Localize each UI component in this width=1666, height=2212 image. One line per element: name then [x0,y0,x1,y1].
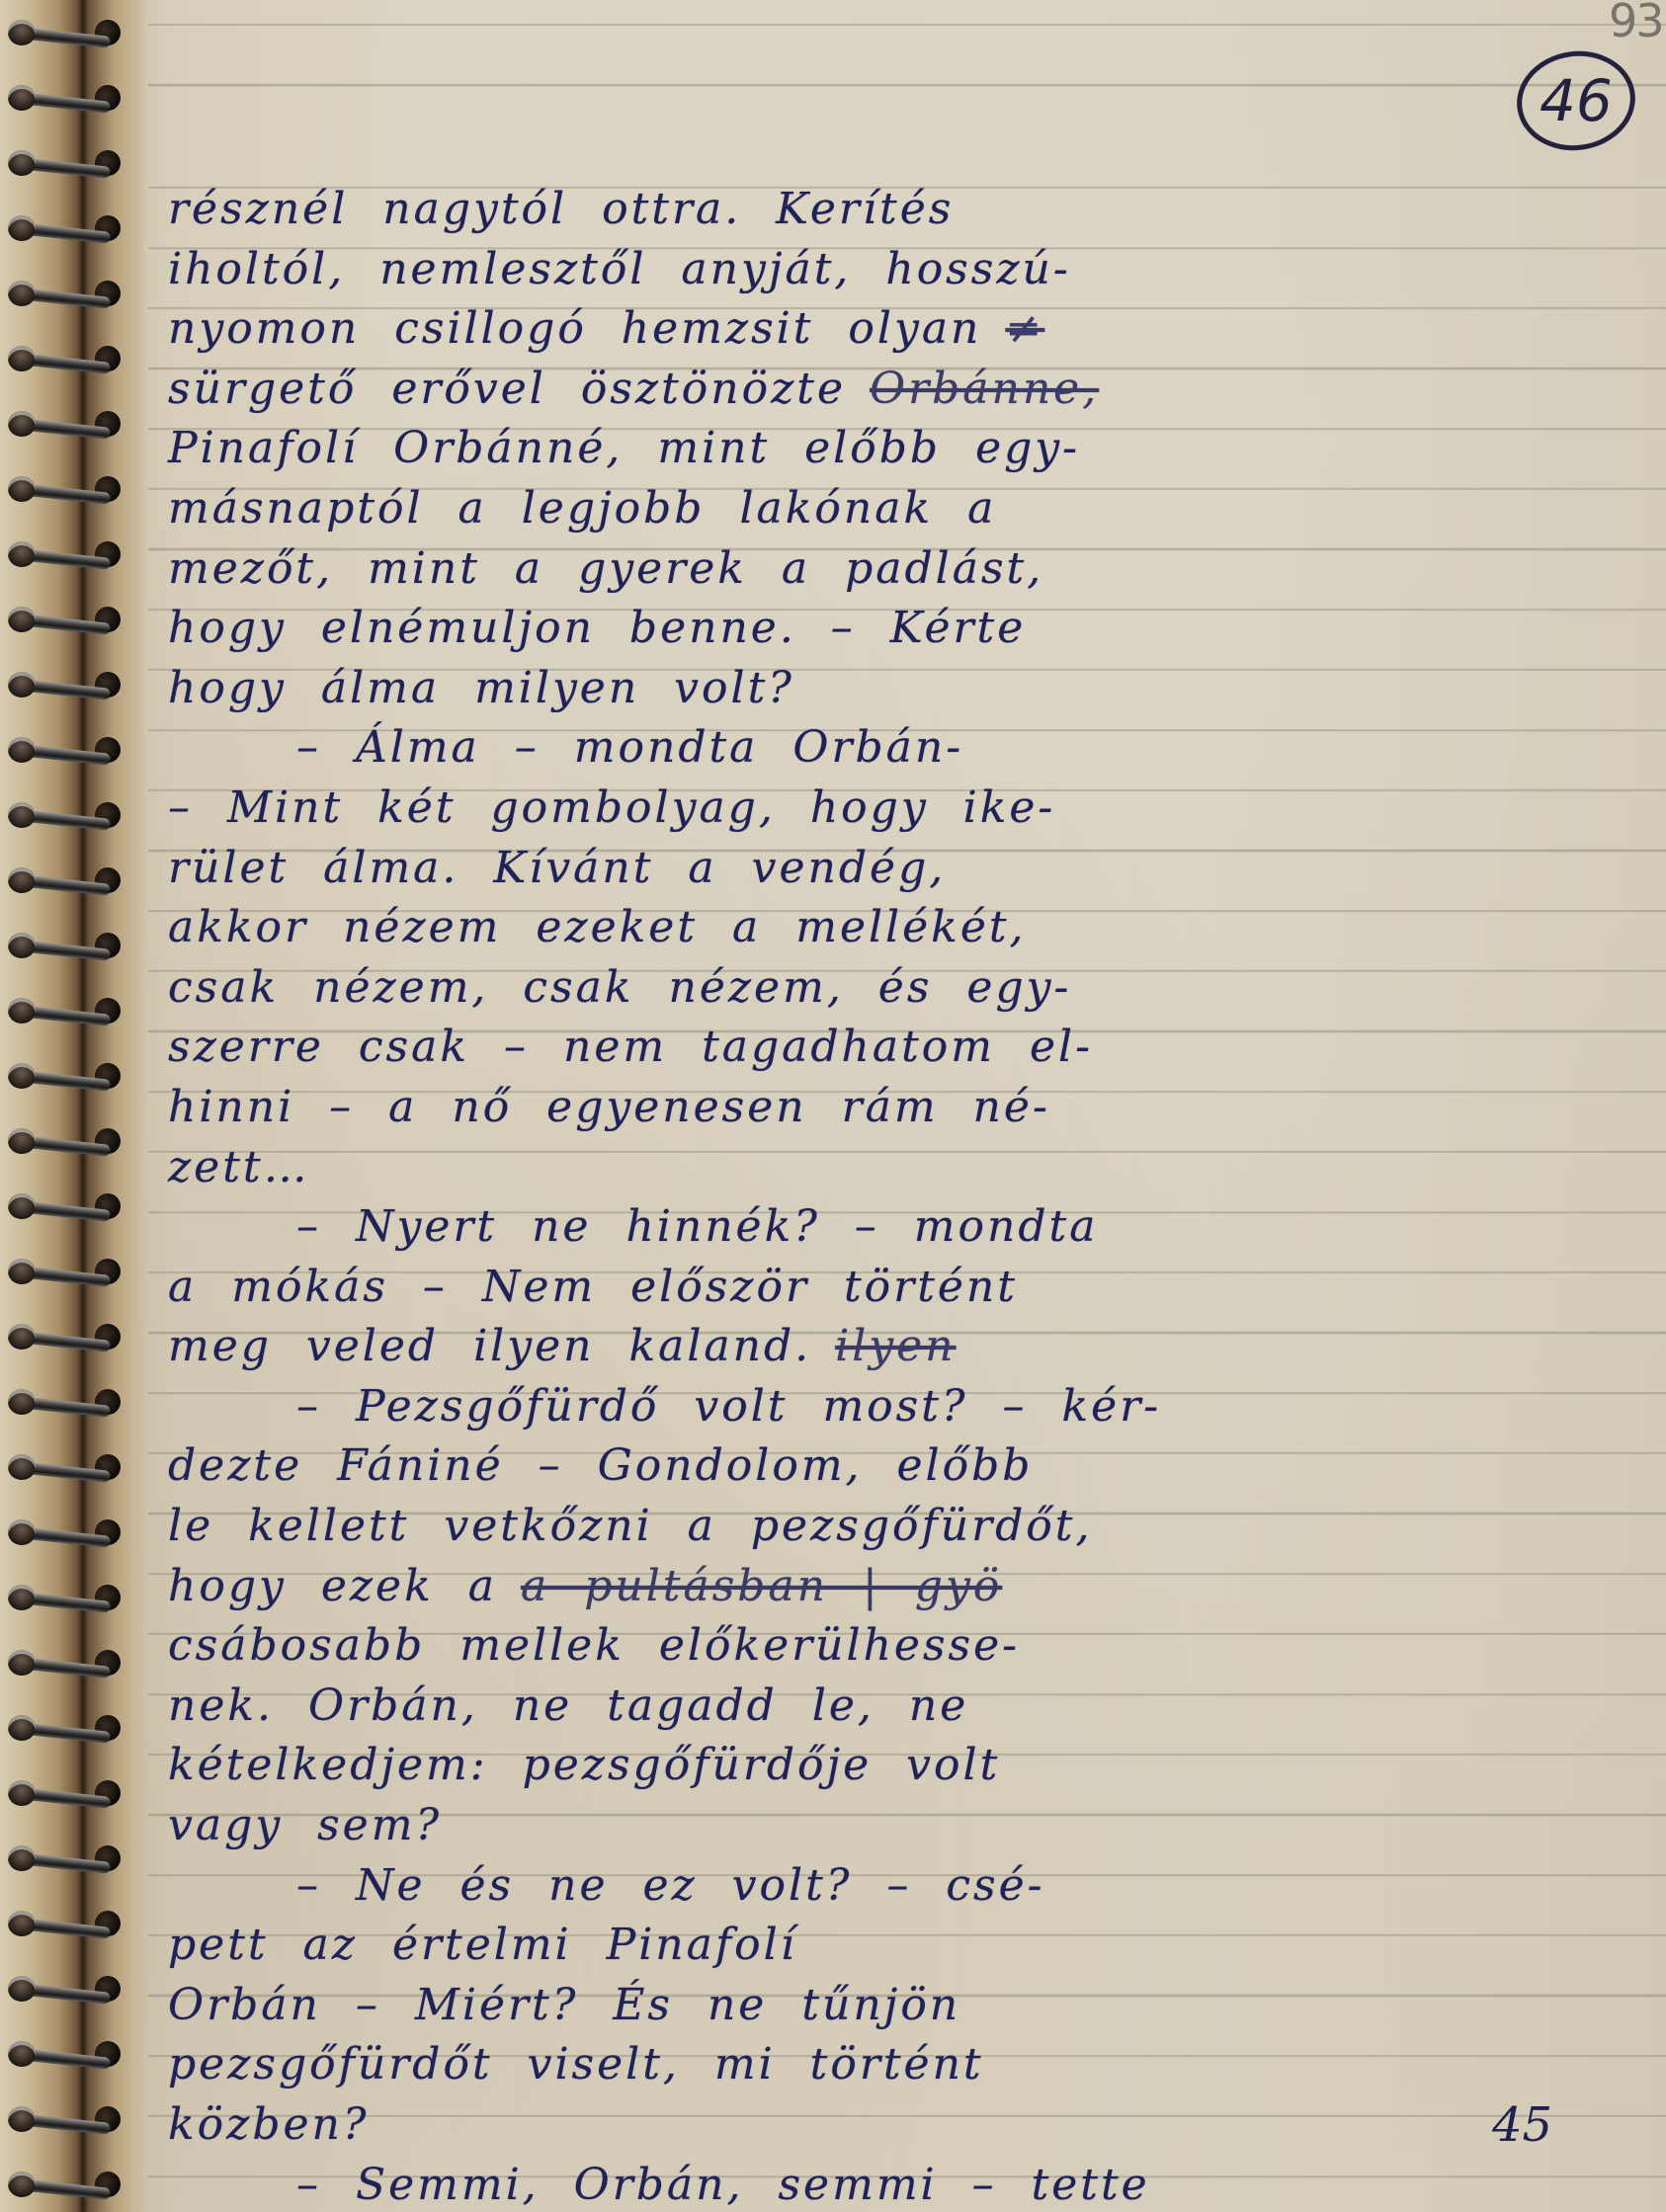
manuscript-line: másnaptól a legjobb lakónak a [168,479,1621,539]
coil-loop [8,802,36,828]
manuscript-line-text: meg veled ilyen kaland. [168,1321,811,1371]
manuscript-line: pett az értelmi Pinafolí [168,1916,1621,1976]
coil-loop [8,933,36,958]
circled-page-number-text: 46 [1540,67,1613,134]
manuscript-line-text: szerre csak – nem tagadhatom el- [168,1022,1093,1072]
manuscript-line: – Ne és ne ez volt? – csé- [168,1856,1621,1917]
manuscript-line: Orbán – Miért? És ne tűnjön [168,1976,1621,2036]
manuscript-line: vagy sem? [168,1796,1621,1856]
spiral-coil [8,933,117,958]
coil-loop [8,1454,36,1480]
manuscript-line: zett… [168,1138,1621,1198]
coil-loop [8,476,36,502]
manuscript-line-text: pett az értelmi Pinafolí [168,1920,797,1970]
manuscript-line: dezte Fániné – Gondolom, előbb [168,1436,1621,1497]
manuscript-line: a mókás – Nem először történt [168,1258,1621,1318]
coil-loop [8,2106,36,2132]
coil-loop [8,215,36,241]
manuscript-line: sürgető erővel ösztönözteOrbánne, [168,360,1621,420]
spiral-coil [8,1585,117,1610]
manuscript-line: közben? [168,2095,1621,2156]
spiral-coil [8,1780,117,1806]
spiral-coil [8,1911,117,1936]
coil-loop [8,20,36,45]
spiral-coil [8,476,117,502]
spiral-coil [8,1650,117,1676]
manuscript-line: rület álma. Kívánt a vendég, [168,839,1621,899]
manuscript-line-text: hogy álma milyen volt? [168,663,794,713]
manuscript-line-text: résznél nagytól ottra. Kerítés [168,184,954,234]
struck-through-word: ≠ [1005,303,1044,354]
manuscript-line: pezsgőfürdőt viselt, mi történt [168,2035,1621,2095]
spiral-coil [8,150,117,176]
manuscript-line-text: közben? [168,2099,369,2150]
manuscript-line-text: akkor nézem ezeket a mellékét, [168,902,1027,952]
manuscript-line-text: – Ne és ne ez volt? – csé- [296,1860,1044,1911]
manuscript-line: nek. Orbán, ne tagadd le, ne [168,1677,1621,1737]
manuscript-line-text: nek. Orbán, ne tagadd le, ne [168,1680,968,1731]
coil-loop [8,1976,36,2002]
manuscript-line: szerre csak – nem tagadhatom el- [168,1018,1621,1078]
spiral-coil [8,2171,117,2197]
manuscript-line-text: sürgető erővel ösztönözte [168,364,846,414]
spiral-coil [8,1063,117,1089]
coil-loop [8,411,36,437]
manuscript-line: le kellett vetkőzni a pezsgőfürdőt, [168,1497,1621,1557]
manuscript-line: akkor nézem ezeket a mellékét, [168,898,1621,958]
handwritten-text: résznél nagytól ottra. Kerítésiholtól, n… [168,180,1621,2212]
manuscript-line: – Mint két gombolyag, hogy ike- [168,778,1621,839]
manuscript-line: hogy ezek aa pultásban | gyö [168,1557,1621,1617]
coil-loop [8,346,36,371]
manuscript-line-text: hogy ezek a [168,1561,497,1611]
spiral-coil [8,1976,117,2002]
coil-loop [8,1128,36,1154]
spiral-coil [8,346,117,371]
manuscript-line: csábosabb mellek előkerülhesse- [168,1616,1621,1677]
manuscript-line-text: mezőt, mint a gyerek a padlást, [168,543,1043,594]
bottom-right-mark: 45 [1492,2097,1552,2153]
coil-loop [8,281,36,306]
struck-through-word: ilyen [835,1321,956,1371]
spiral-coil [8,1519,117,1545]
spiral-coil [8,672,117,697]
manuscript-line-text: – Pezsgőfürdő volt most? – kér- [296,1381,1161,1432]
coil-loop [8,85,36,111]
spiral-coil [8,1324,117,1350]
manuscript-line-text: pezsgőfürdőt viselt, mi történt [168,2039,984,2089]
manuscript-line: résznél nagytól ottra. Kerítés [168,180,1621,240]
spiral-coil [8,1454,117,1480]
coil-loop [8,1259,36,1284]
struck-through-word: Orbánne, [870,364,1099,414]
coil-loop [8,1845,36,1871]
coil-loop [8,867,36,893]
spiral-coil [8,85,117,111]
manuscript-line-text: hinni – a nő egyenesen rám né- [168,1082,1050,1132]
manuscript-line: csak nézem, csak nézem, és egy- [168,958,1621,1019]
coil-loop [8,1911,36,1936]
coil-loop [8,1780,36,1806]
manuscript-line: meg veled ilyen kaland.ilyen [168,1317,1621,1377]
spiral-coil [8,1715,117,1741]
coil-loop [8,1193,36,1219]
manuscript-line-text: dezte Fániné – Gondolom, előbb [168,1440,1033,1491]
coil-loop [8,150,36,176]
notebook-page: 93 46 résznél nagytól ottra. Kerítésihol… [0,0,1666,2212]
manuscript-line: hogy elnémuljon benne. – Kérte [168,599,1621,659]
manuscript-line-text: le kellett vetkőzni a pezsgőfürdőt, [168,1501,1092,1551]
spiral-coil [8,541,117,567]
manuscript-line-text: másnaptól a legjobb lakónak a [168,483,996,533]
manuscript-line: – Nyert ne hinnék? – mondta [168,1197,1621,1258]
spiral-coil [8,998,117,1024]
pencil-page-number: 93 [1609,0,1663,47]
manuscript-line-text: – Semmi, Orbán, semmi – tette [296,2160,1150,2210]
coil-loop [8,1389,36,1415]
manuscript-line-text: rület álma. Kívánt a vendég, [168,843,946,893]
manuscript-line-text: csak nézem, csak nézem, és egy- [168,962,1071,1013]
manuscript-line-text: csábosabb mellek előkerülhesse- [168,1620,1020,1671]
spiral-coil [8,2106,117,2132]
spiral-coil [8,737,117,763]
coil-loop [8,1063,36,1089]
manuscript-line-text: a mókás – Nem először történt [168,1262,1018,1312]
manuscript-line: – Álma – mondta Orbán- [168,718,1621,778]
spiral-coil [8,1845,117,1871]
coil-loop [8,1324,36,1350]
spiral-coil [8,2041,117,2067]
manuscript-line: mezőt, mint a gyerek a padlást, [168,539,1621,600]
manuscript-line-text: – Mint két gombolyag, hogy ike- [168,782,1055,833]
manuscript-line: kételkedjem: pezsgőfürdője volt [168,1736,1621,1796]
manuscript-line: – Semmi, Orbán, semmi – tette [168,2156,1621,2212]
manuscript-line-text: kételkedjem: pezsgőfürdője volt [168,1740,1000,1790]
coil-loop [8,1519,36,1545]
coil-loop [8,1650,36,1676]
struck-through-word: a pultásban | gyö [521,1561,1002,1611]
coil-loop [8,541,36,567]
spiral-coil [8,1259,117,1284]
coil-loop [8,607,36,632]
manuscript-line-text: hogy elnémuljon benne. – Kérte [168,603,1026,653]
manuscript-line: iholtól, nemlesztől anyját, hosszú- [168,240,1621,300]
manuscript-line-text: Pinafolí Orbánné, mint előbb egy- [168,423,1080,473]
manuscript-line-text: iholtól, nemlesztől anyját, hosszú- [168,244,1071,294]
coil-loop [8,2041,36,2067]
spiral-coil [8,607,117,632]
spiral-coil [8,1193,117,1219]
spiral-coil [8,411,117,437]
manuscript-line: nyomon csillogó hemzsit olyan≠ [168,299,1621,360]
coil-loop [8,1715,36,1741]
spiral-coil [8,1128,117,1154]
manuscript-line: hinni – a nő egyenesen rám né- [168,1078,1621,1138]
manuscript-line-text: nyomon csillogó hemzsit olyan [168,303,981,354]
coil-loop [8,672,36,697]
spiral-coil [8,281,117,306]
manuscript-line: Pinafolí Orbánné, mint előbb egy- [168,419,1621,479]
spiral-coil [8,867,117,893]
spiral-coil [8,215,117,241]
spiral-binding [0,0,148,2212]
coil-loop [8,998,36,1024]
manuscript-line-text: Orbán – Miért? És ne tűnjön [168,1980,960,2030]
manuscript-line-text: zett… [168,1142,310,1192]
spiral-coil [8,802,117,828]
manuscript-line-text: – Álma – mondta Orbán- [296,722,963,773]
coil-loop [8,737,36,763]
manuscript-line-text: vagy sem? [168,1800,442,1850]
spiral-coil [8,20,117,45]
coil-loop [8,2171,36,2197]
manuscript-line: hogy álma milyen volt? [168,659,1621,719]
manuscript-line-text: – Nyert ne hinnék? – mondta [296,1201,1098,1252]
spiral-coil [8,1389,117,1415]
coil-loop [8,1585,36,1610]
manuscript-line: – Pezsgőfürdő volt most? – kér- [168,1377,1621,1437]
